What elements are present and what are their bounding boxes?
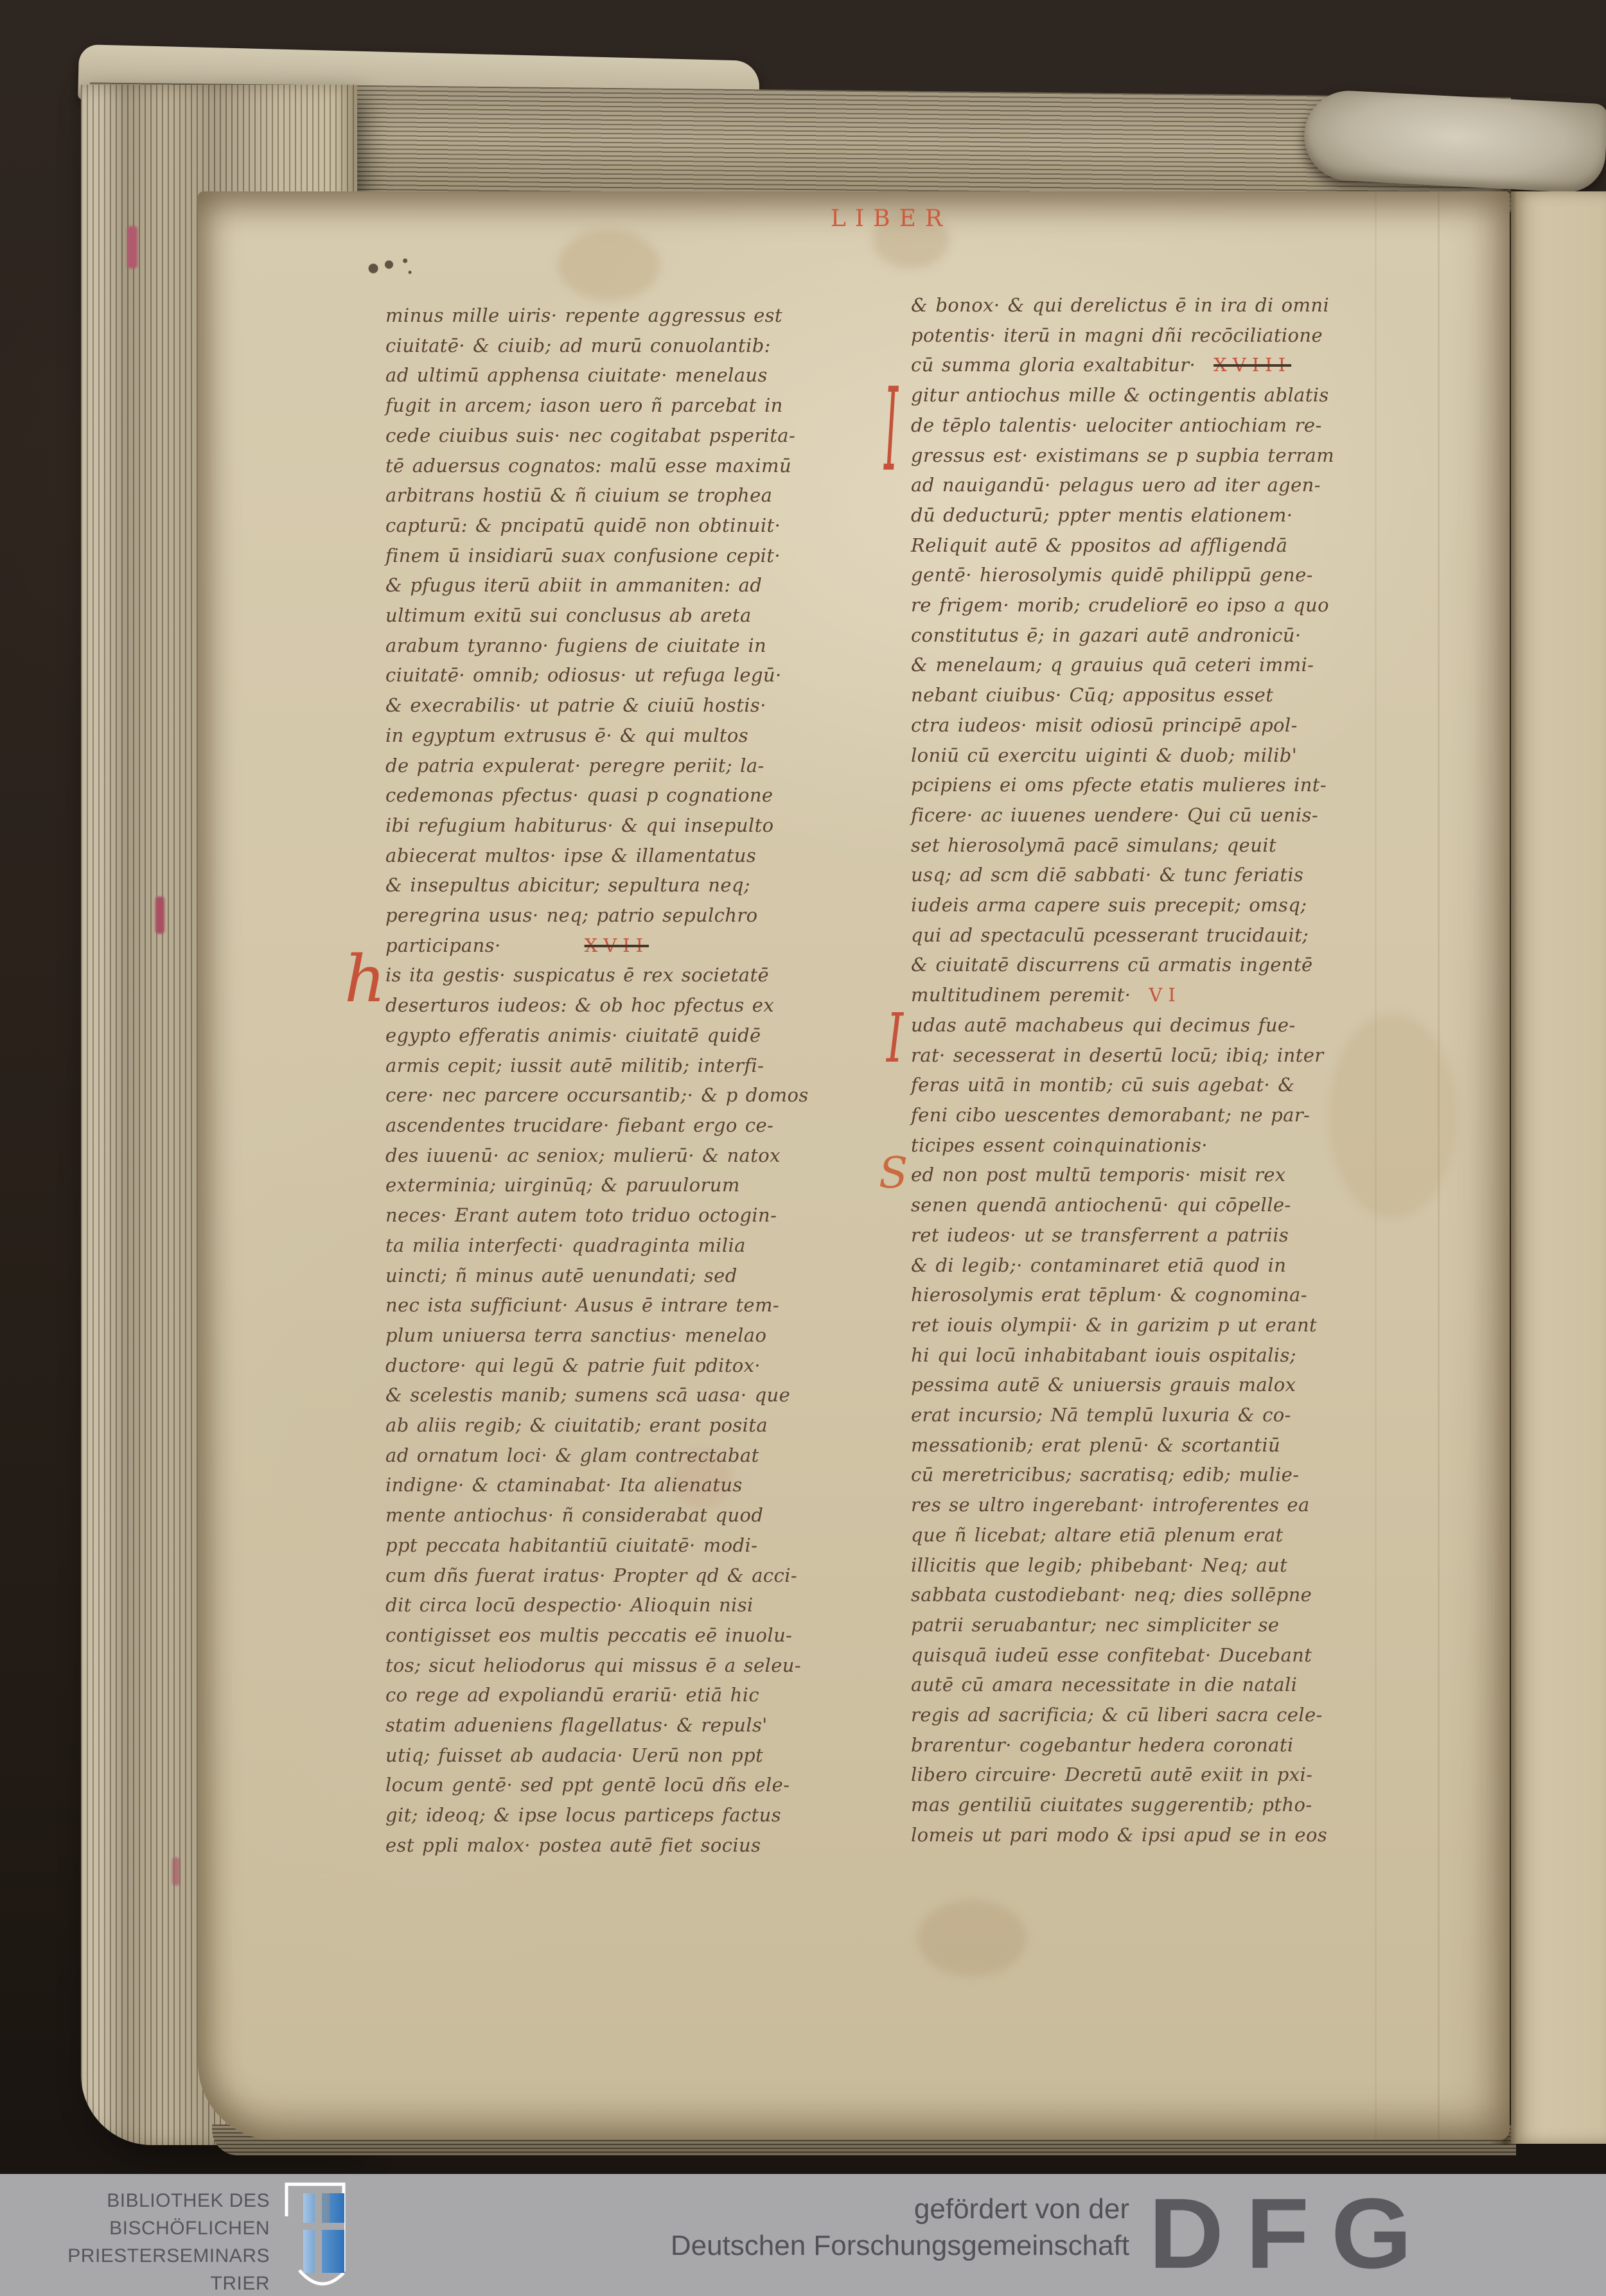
manuscript-text-line: & di legib;· contaminaret etiā quod in <box>911 1250 1380 1281</box>
line-text: co rege ad expoliandū erariū· etiā hic <box>385 1684 759 1706</box>
parchment-crease <box>1438 191 1440 2140</box>
pen-trial-marks <box>366 254 414 280</box>
line-text: ed non post multū temporis· misit rex <box>911 1164 1286 1186</box>
manuscript-text-line: messationib; erat plenū· & scortantiū <box>911 1430 1380 1460</box>
manuscript-text-line: tos; sicut heliodorus qui missus ē a sel… <box>385 1651 854 1681</box>
line-text: est ppli malox· postea autē fiet socius <box>385 1834 761 1856</box>
line-text: rat· secesserat in desertū locū; ibiq; i… <box>911 1044 1324 1066</box>
line-text: feni cibo uescentes demorabant; ne par- <box>911 1104 1310 1126</box>
line-text: des iuuenū· ac seniox; mulierū· & natox <box>385 1144 781 1166</box>
line-text: fugit in arcem; iason uero ñ parcebat in <box>385 394 783 416</box>
manuscript-text-line: loniū cū exercitu uiginti & duob; milib' <box>911 741 1380 771</box>
manuscript-text-line: senen quendā antiochenū· qui cōpelle- <box>911 1190 1380 1220</box>
manuscript-text-line: res se ultro ingerebant· introferentes e… <box>911 1490 1380 1520</box>
library-name-line: BISCHÖFLICHEN <box>26 2214 270 2242</box>
rubricated-initial: I <box>887 1005 903 1073</box>
line-text: patrii seruabantur; nec simpliciter se <box>911 1614 1279 1636</box>
manuscript-text-line: & scelestis manib; sumens scā uasa· que <box>385 1380 854 1410</box>
line-text: egypto efferatis animis· ciuitatē quidē <box>385 1024 761 1046</box>
line-text: arbitrans hostiū & ñ ciuium se trophea <box>385 484 772 506</box>
parchment-stain <box>917 1900 1027 1977</box>
manuscript-text-line: multitudinem peremit·VI <box>911 980 1380 1010</box>
line-text: ret iouis olympii· & in garizim p ut era… <box>911 1314 1317 1336</box>
line-text: tē aduersus cognatos: malū esse maximū <box>385 455 791 477</box>
line-text: exterminia; uirginūq; & paruulorum <box>385 1174 740 1196</box>
digitization-footer: BIBLIOTHEK DES BISCHÖFLICHEN PRIESTERSEM… <box>0 2174 1606 2296</box>
funding-credit: gefördert von der Deutschen Forschungsge… <box>450 2191 1129 2264</box>
line-text: potentis· iterū in magni dñi recōciliati… <box>911 324 1323 346</box>
manuscript-text-line: ad ornatum loci· & glam contrectabat <box>385 1441 854 1471</box>
manuscript-text-line: mente antiochus· ñ considerabat quod <box>385 1500 854 1530</box>
manuscript-text-line: & insepultus abicitur; sepultura neq; <box>385 870 854 900</box>
line-text: qui ad spectaculū pcesserant trucidauit; <box>911 924 1309 946</box>
line-text: multitudinem peremit· <box>911 984 1131 1006</box>
line-text: & menelaum; q grauius quā ceteri immi- <box>911 654 1314 676</box>
manuscript-text-line: ret iouis olympii· & in garizim p ut era… <box>911 1310 1380 1340</box>
line-text: ficere· ac iuuenes uendere· Qui cū uenis… <box>911 804 1318 826</box>
manuscript-text-line: cere· nec parcere occursantib;· & p domo… <box>385 1080 854 1110</box>
line-text: feras uitā in montib; cū suis agebat· & <box>911 1074 1295 1096</box>
rubricated-initial: I <box>884 375 899 490</box>
manuscript-text-line: ficere· ac iuuenes uendere· Qui cū uenis… <box>911 800 1380 830</box>
manuscript-text-line: iudeis arma capere suis precepit; omsq; <box>911 890 1380 920</box>
manuscript-text-line: potentis· iterū in magni dñi recōciliati… <box>911 320 1380 351</box>
line-text: contigisset eos multis peccatis eē inuol… <box>385 1624 792 1646</box>
manuscript-text-line: ab aliis regib; & ciuitatib; erant posit… <box>385 1410 854 1441</box>
manuscript-text-line: pcipiens ei oms pfecte etatis mulieres i… <box>911 770 1380 800</box>
line-text: peregrina usus· neq; patrio sepulchro <box>385 904 758 926</box>
binding-headband <box>1302 89 1606 194</box>
manuscript-text-line: quisquā iudeū esse confitebat· Ducebant <box>911 1640 1380 1670</box>
line-text: set hierosolymā pacē simulans; qeuit <box>911 834 1276 856</box>
line-text: quisquā iudeū esse confitebat· Ducebant <box>911 1644 1312 1666</box>
manuscript-text-line: ret iudeos· ut se transferrent a patriis <box>911 1220 1380 1250</box>
manuscript-text-line: dū deducturū; ppter mentis elationem· <box>911 500 1380 530</box>
line-text: illicitis que legib; phibebant· Neq; aut <box>911 1554 1287 1576</box>
manuscript-text-line: exterminia; uirginūq; & paruulorum <box>385 1170 854 1200</box>
manuscript-text-line: ductore· qui legū & patrie fuit pditox· <box>385 1351 854 1381</box>
library-name-line: BIBLIOTHEK DES <box>26 2187 270 2214</box>
line-text: minus mille uiris· repente aggressus est <box>385 304 782 326</box>
manuscript-text-line: Reliquit autē & ppositos ad affligendā <box>911 530 1380 561</box>
line-text: arabum tyranno· fugiens de ciuitate in <box>385 635 766 656</box>
line-text: cere· nec parcere occursantib;· & p domo… <box>385 1084 809 1106</box>
funding-credit-line: Deutschen Forschungsgemeinschaft <box>450 2227 1129 2264</box>
manuscript-text-line: tē aduersus cognatos: malū esse maximū <box>385 451 854 481</box>
chapter-numeral: XVIII <box>1213 354 1291 376</box>
line-text: dit circa locū despectio· Alioquin nisi <box>385 1594 754 1616</box>
manuscript-text-line: constitutus ē; in gazari autē andronicū· <box>911 620 1380 651</box>
line-text: utiq; fuisset ab audacia· Uerū non ppt <box>385 1744 763 1766</box>
line-text: git; ideoq; & ipse locus particeps factu… <box>385 1804 781 1826</box>
manuscript-text-line: in egyptum extrusus ē· & qui multos <box>385 721 854 751</box>
line-text: iudeis arma capere suis precepit; omsq; <box>911 894 1307 916</box>
line-text: usq; ad scm diē sabbati· & tunc feriatis <box>911 864 1303 886</box>
manuscript-text-line: hi qui locū inhabitabant iouis ospitalis… <box>911 1340 1380 1371</box>
line-text: capturū: & pncipatū quidē non obtinuit· <box>385 514 781 536</box>
manuscript-text-line: co rege ad expoliandū erariū· etiā hic <box>385 1680 854 1710</box>
manuscript-text-line: ultimum exitū sui conclusus ab areta <box>385 600 854 631</box>
line-text: & scelestis manib; sumens scā uasa· que <box>385 1384 790 1406</box>
line-text: ab aliis regib; & ciuitatib; erant posit… <box>385 1414 768 1436</box>
line-text: ciuitatē· & ciuib; ad murū conuolantib: <box>385 335 771 356</box>
line-text: neces· Erant autem toto triduo octogin- <box>385 1204 777 1226</box>
line-text: participans· <box>385 934 501 956</box>
manuscript-text-line: Igitur antiochus mille & octingentis abl… <box>911 380 1380 410</box>
manuscript-text-line: qui ad spectaculū pcesserant trucidauit; <box>911 920 1380 951</box>
manuscript-text-line: erat incursio; Nā templū luxuria & co- <box>911 1400 1380 1430</box>
manuscript-text-line: arbitrans hostiū & ñ ciuium se trophea <box>385 480 854 511</box>
line-text: lomeis ut pari modo & ipsi apud se in eo… <box>911 1824 1327 1846</box>
line-text: sabbata custodiebant· neq; dies sollēpne <box>911 1584 1312 1606</box>
line-text: locum gentē· sed ppt gentē locū dñs ele- <box>385 1774 790 1796</box>
manuscript-text-line: usq; ad scm diē sabbati· & tunc feriatis <box>911 860 1380 890</box>
manuscript-text-line: dit circa locū despectio· Alioquin nisi <box>385 1590 854 1620</box>
manuscript-text-line: indigne· & ctaminabat· Ita alienatus <box>385 1470 854 1500</box>
line-text: & pfugus iterū abiit in ammaniten: ad <box>385 574 762 596</box>
manuscript-text-line: arabum tyranno· fugiens de ciuitate in <box>385 631 854 661</box>
manuscript-text-line: ppt peccata habitantiū ciuitatē· modi- <box>385 1530 854 1561</box>
line-text: pcipiens ei oms pfecte etatis mulieres i… <box>911 774 1327 796</box>
line-text: erat incursio; Nā templū luxuria & co- <box>911 1404 1291 1426</box>
line-text: de patria expulerat· peregre periit; la- <box>385 755 764 776</box>
manuscript-text-line: hierosolymis erat tēplum· & cognomina- <box>911 1280 1380 1310</box>
line-text: ctra iudeos· misit odiosū principē apol- <box>911 714 1298 736</box>
manuscript-text-line: finem ū insidiarū suax confusione cepit· <box>385 541 854 571</box>
dfg-logo: DFG <box>1149 2177 1598 2292</box>
manuscript-text-line: brarentur· cogebantur hedera coronati <box>911 1730 1380 1760</box>
manuscript-text-line: ta milia interfecti· quadraginta milia <box>385 1231 854 1261</box>
manuscript-text-line: contigisset eos multis peccatis eē inuol… <box>385 1620 854 1651</box>
line-text: Reliquit autē & ppositos ad affligendā <box>911 534 1287 556</box>
manuscript-text-line: de tēplo talentis· uelociter antiochiam … <box>911 410 1380 441</box>
line-text: cede ciuibus suis· nec cogitabat psperit… <box>385 425 795 446</box>
digitized-manuscript-photo: LIBER minus mille uiris· repente aggress… <box>0 0 1606 2296</box>
manuscript-text-line: mas gentiliū ciuitates suggerentib; ptho… <box>911 1790 1380 1820</box>
line-text: cum dñs fuerat iratus· Propter qd & acci… <box>385 1564 797 1586</box>
manuscript-text-line: & pfugus iterū abiit in ammaniten: ad <box>385 570 854 600</box>
manuscript-text-line: rat· secesserat in desertū locū; ibiq; i… <box>911 1040 1380 1071</box>
text-column-left: minus mille uiris· repente aggressus est… <box>385 301 854 1861</box>
line-text: tos; sicut heliodorus qui missus ē a sel… <box>385 1654 801 1676</box>
manuscript-text-line: de patria expulerat· peregre periit; la- <box>385 751 854 781</box>
manuscript-text-line: libero circuire· Decretū autē exiit in p… <box>911 1760 1380 1790</box>
manuscript-text-line: Iudas autē machabeus qui decimus fue- <box>911 1010 1380 1040</box>
line-text: dū deducturū; ppter mentis elationem· <box>911 504 1293 526</box>
rubricated-initial: S <box>879 1152 908 1195</box>
manuscript-text-line: ad nauigandū· pelagus uero ad iter agen- <box>911 470 1380 500</box>
line-text: gitur antiochus mille & octingentis abla… <box>911 384 1329 406</box>
manuscript-page: LIBER minus mille uiris· repente aggress… <box>198 191 1510 2140</box>
line-text: ppt peccata habitantiū ciuitatē· modi- <box>385 1534 757 1556</box>
line-text: ad ultimū apphensa ciuitate· menelaus <box>385 364 768 386</box>
manuscript-text-line: uincti; ñ minus autē uenundati; sed <box>385 1261 854 1291</box>
manuscript-text-line: est ppli malox· postea autē fiet socius <box>385 1830 854 1861</box>
line-text: & bonox· & qui derelictus ē in ira di om… <box>911 294 1329 316</box>
manuscript-text-line: autē cū amara necessitate in die natali <box>911 1670 1380 1700</box>
line-text: & di legib;· contaminaret etiā quod in <box>911 1254 1286 1276</box>
line-text: gentē· hierosolymis quidē philippū gene- <box>911 564 1313 586</box>
fore-edge-red-mark <box>155 897 164 934</box>
line-text: gressus est· existimans se p supbia terr… <box>911 444 1334 466</box>
line-text: brarentur· cogebantur hedera coronati <box>911 1734 1294 1756</box>
line-text: & execrabilis· ut patrie & ciuiū hostis· <box>385 694 766 716</box>
facing-page-sliver <box>1511 191 1606 2144</box>
line-text: indigne· & ctaminabat· Ita alienatus <box>385 1474 743 1496</box>
manuscript-text-line: git; ideoq; & ipse locus particeps factu… <box>385 1800 854 1830</box>
manuscript-text-line: que ñ licebat; altare etiā plenum erat <box>911 1520 1380 1550</box>
line-text: finem ū insidiarū suax confusione cepit· <box>385 545 781 566</box>
line-text: ad nauigandū· pelagus uero ad iter agen- <box>911 474 1321 496</box>
manuscript-text-line: ctra iudeos· misit odiosū principē apol- <box>911 710 1380 741</box>
line-text: udas autē machabeus qui decimus fue- <box>911 1014 1296 1036</box>
line-text: de tēplo talentis· uelociter antiochiam … <box>911 414 1322 436</box>
manuscript-text-line: cum dñs fuerat iratus· Propter qd & acci… <box>385 1561 854 1591</box>
line-text: cedemonas pfectus· quasi p cognatione <box>385 784 773 806</box>
line-text: ciuitatē· omnib; odiosus· ut refuga legū… <box>385 664 782 686</box>
line-text: deserturos iudeos: & ob hoc pfectus ex <box>385 994 774 1016</box>
line-text: hierosolymis erat tēplum· & cognomina- <box>911 1284 1307 1306</box>
manuscript-text-line: sabbata custodiebant· neq; dies sollēpne <box>911 1580 1380 1610</box>
line-text: statim adueniens flagellatus· & repuls' <box>385 1714 768 1736</box>
manuscript-text-line: regis ad sacrificia; & cū liberi sacra c… <box>911 1700 1380 1730</box>
manuscript-text-line: ascendentes trucidare· fiebant ergo ce- <box>385 1110 854 1141</box>
rubricated-initial: h <box>344 947 386 1012</box>
manuscript-text-line: fugit in arcem; iason uero ñ parcebat in <box>385 390 854 421</box>
line-text: & insepultus abicitur; sepultura neq; <box>385 874 750 896</box>
line-text: mas gentiliū ciuitates suggerentib; ptho… <box>911 1794 1312 1816</box>
manuscript-text-line: locum gentē· sed ppt gentē locū dñs ele- <box>385 1770 854 1800</box>
chapter-numeral: XVII <box>585 934 649 956</box>
manuscript-text-line: nec ista sufficiunt· Ausus ē intrare tem… <box>385 1290 854 1320</box>
manuscript-text-line: feras uitā in montib; cū suis agebat· & <box>911 1070 1380 1100</box>
line-text: is ita gestis· suspicatus ē rex societat… <box>385 964 769 986</box>
manuscript-text-line: peregrina usus· neq; patrio sepulchro <box>385 900 854 931</box>
manuscript-text-line: abiecerat multos· ipse & illamentatus <box>385 841 854 871</box>
manuscript-text-line: cedemonas pfectus· quasi p cognatione <box>385 780 854 811</box>
manuscript-text-line: gentē· hierosolymis quidē philippū gene- <box>911 560 1380 590</box>
manuscript-text-line: & bonox· & qui derelictus ē in ira di om… <box>911 290 1380 320</box>
manuscript-text-line: & ciuitatē discurrens cū armatis ingentē <box>911 950 1380 980</box>
line-text: armis cepit; iussit autē militib; interf… <box>385 1055 764 1076</box>
library-name-line: PRIESTERSEMINARS TRIER <box>26 2242 270 2296</box>
fore-edge-red-mark <box>127 226 137 268</box>
line-text: abiecerat multos· ipse & illamentatus <box>385 845 756 866</box>
manuscript-text-line: capturū: & pncipatū quidē non obtinuit· <box>385 511 854 541</box>
manuscript-text-line: cū meretricibus; sacratisq; edib; mulie- <box>911 1460 1380 1490</box>
manuscript-text-line: deserturos iudeos: & ob hoc pfectus ex <box>385 990 854 1021</box>
manuscript-text-line: feni cibo uescentes demorabant; ne par- <box>911 1100 1380 1130</box>
manuscript-text-line: participans·XVII <box>385 931 854 961</box>
line-text: pessima autē & uniuersis grauis malox <box>911 1374 1296 1396</box>
parchment-stain <box>558 230 660 301</box>
manuscript-text-line: & execrabilis· ut patrie & ciuiū hostis· <box>385 690 854 721</box>
line-text: ultimum exitū sui conclusus ab areta <box>385 604 752 626</box>
line-text: autē cū amara necessitate in die natali <box>911 1674 1297 1696</box>
line-text: ret iudeos· ut se transferrent a patriis <box>911 1224 1289 1246</box>
manuscript-text-line: des iuuenū· ac seniox; mulierū· & natox <box>385 1141 854 1171</box>
manuscript-text-line: ciuitatē· omnib; odiosus· ut refuga legū… <box>385 660 854 690</box>
line-text: loniū cū exercitu uiginti & duob; milib' <box>911 744 1297 766</box>
manuscript-text-line: Sed non post multū temporis· misit rex <box>911 1160 1380 1190</box>
manuscript-text-line: statim adueniens flagellatus· & repuls' <box>385 1710 854 1740</box>
manuscript-text-line: ciuitatē· & ciuib; ad murū conuolantib: <box>385 331 854 361</box>
line-text: nebant ciuibus· Cūq; appositus esset <box>911 684 1273 706</box>
manuscript-text-line: plum uniuersa terra sanctius· menelao <box>385 1320 854 1351</box>
chapter-numeral: VI <box>1149 984 1181 1006</box>
line-text: regis ad sacrificia; & cū liberi sacra c… <box>911 1704 1323 1726</box>
funding-credit-line: gefördert von der <box>450 2191 1129 2227</box>
line-text: res se ultro ingerebant· introferentes e… <box>911 1494 1310 1516</box>
library-name: BIBLIOTHEK DES BISCHÖFLICHEN PRIESTERSEM… <box>26 2187 270 2296</box>
manuscript-text-line: gressus est· existimans se p supbia terr… <box>911 441 1380 471</box>
line-text: ad ornatum loci· & glam contrectabat <box>385 1444 759 1466</box>
manuscript-text-line: cū summa gloria exaltabitur·XVIII <box>911 350 1380 380</box>
manuscript-text-line: re frigem· morib; crudeliorē eo ipso a q… <box>911 590 1380 620</box>
line-text: re frigem· morib; crudeliorē eo ipso a q… <box>911 594 1329 616</box>
line-text: plum uniuersa terra sanctius· menelao <box>385 1324 766 1346</box>
line-text: ticipes essent coinquinationis· <box>911 1134 1208 1156</box>
fore-edge-red-mark <box>172 1857 180 1886</box>
line-text: ductore· qui legū & patrie fuit pditox· <box>385 1354 761 1376</box>
line-text: nec ista sufficiunt· Ausus ē intrare tem… <box>385 1294 779 1316</box>
library-cross-logo-icon <box>278 2175 353 2295</box>
manuscript-text-line: armis cepit; iussit autē militib; interf… <box>385 1051 854 1081</box>
manuscript-text-line: neces· Erant autem toto triduo octogin- <box>385 1200 854 1231</box>
line-text: senen quendā antiochenū· qui cōpelle- <box>911 1194 1291 1216</box>
manuscript-text-line: egypto efferatis animis· ciuitatē quidē <box>385 1021 854 1051</box>
line-text: hi qui locū inhabitabant iouis ospitalis… <box>911 1344 1296 1366</box>
manuscript-text-line: patrii seruabantur; nec simpliciter se <box>911 1610 1380 1640</box>
manuscript-text-line: & menelaum; q grauius quā ceteri immi- <box>911 650 1380 680</box>
manuscript-text-line: pessima autē & uniuersis grauis malox <box>911 1370 1380 1400</box>
manuscript-text-line: nebant ciuibus· Cūq; appositus esset <box>911 680 1380 710</box>
manuscript-text-line: ibi refugium habiturus· & qui insepulto <box>385 811 854 841</box>
manuscript-text-line: set hierosolymā pacē simulans; qeuit <box>911 830 1380 861</box>
manuscript-text-line: illicitis que legib; phibebant· Neq; aut <box>911 1550 1380 1581</box>
line-text: in egyptum extrusus ē· & qui multos <box>385 724 748 746</box>
line-text: & ciuitatē discurrens cū armatis ingentē <box>911 954 1313 976</box>
line-text: ascendentes trucidare· fiebant ergo ce- <box>385 1114 773 1136</box>
manuscript-text-line: utiq; fuisset ab audacia· Uerū non ppt <box>385 1740 854 1771</box>
line-text: que ñ licebat; altare etiā plenum erat <box>911 1524 1284 1546</box>
line-text: libero circuire· Decretū autē exiit in p… <box>911 1764 1312 1785</box>
line-text: mente antiochus· ñ considerabat quod <box>385 1504 763 1526</box>
manuscript-text-line: minus mille uiris· repente aggressus est <box>385 301 854 331</box>
text-column-right: & bonox· & qui derelictus ē in ira di om… <box>911 290 1380 1850</box>
line-text: cū summa gloria exaltabitur· <box>911 354 1196 376</box>
line-text: messationib; erat plenū· & scortantiū <box>911 1434 1280 1456</box>
manuscript-text-line: cede ciuibus suis· nec cogitabat psperit… <box>385 421 854 451</box>
line-text: ta milia interfecti· quadraginta milia <box>385 1234 746 1256</box>
line-text: cū meretricibus; sacratisq; edib; mulie- <box>911 1464 1299 1485</box>
line-text: ibi refugium habiturus· & qui insepulto <box>385 814 774 836</box>
manuscript-text-line: ad ultimū apphensa ciuitate· menelaus <box>385 360 854 390</box>
running-title: LIBER <box>831 206 951 232</box>
manuscript-text-line: ticipes essent coinquinationis· <box>911 1130 1380 1161</box>
manuscript-text-line: lomeis ut pari modo & ipsi apud se in eo… <box>911 1820 1380 1850</box>
line-text: constitutus ē; in gazari autē andronicū· <box>911 624 1302 646</box>
line-text: uincti; ñ minus autē uenundati; sed <box>385 1265 737 1286</box>
manuscript-text-line: his ita gestis· suspicatus ē rex societa… <box>385 960 854 990</box>
